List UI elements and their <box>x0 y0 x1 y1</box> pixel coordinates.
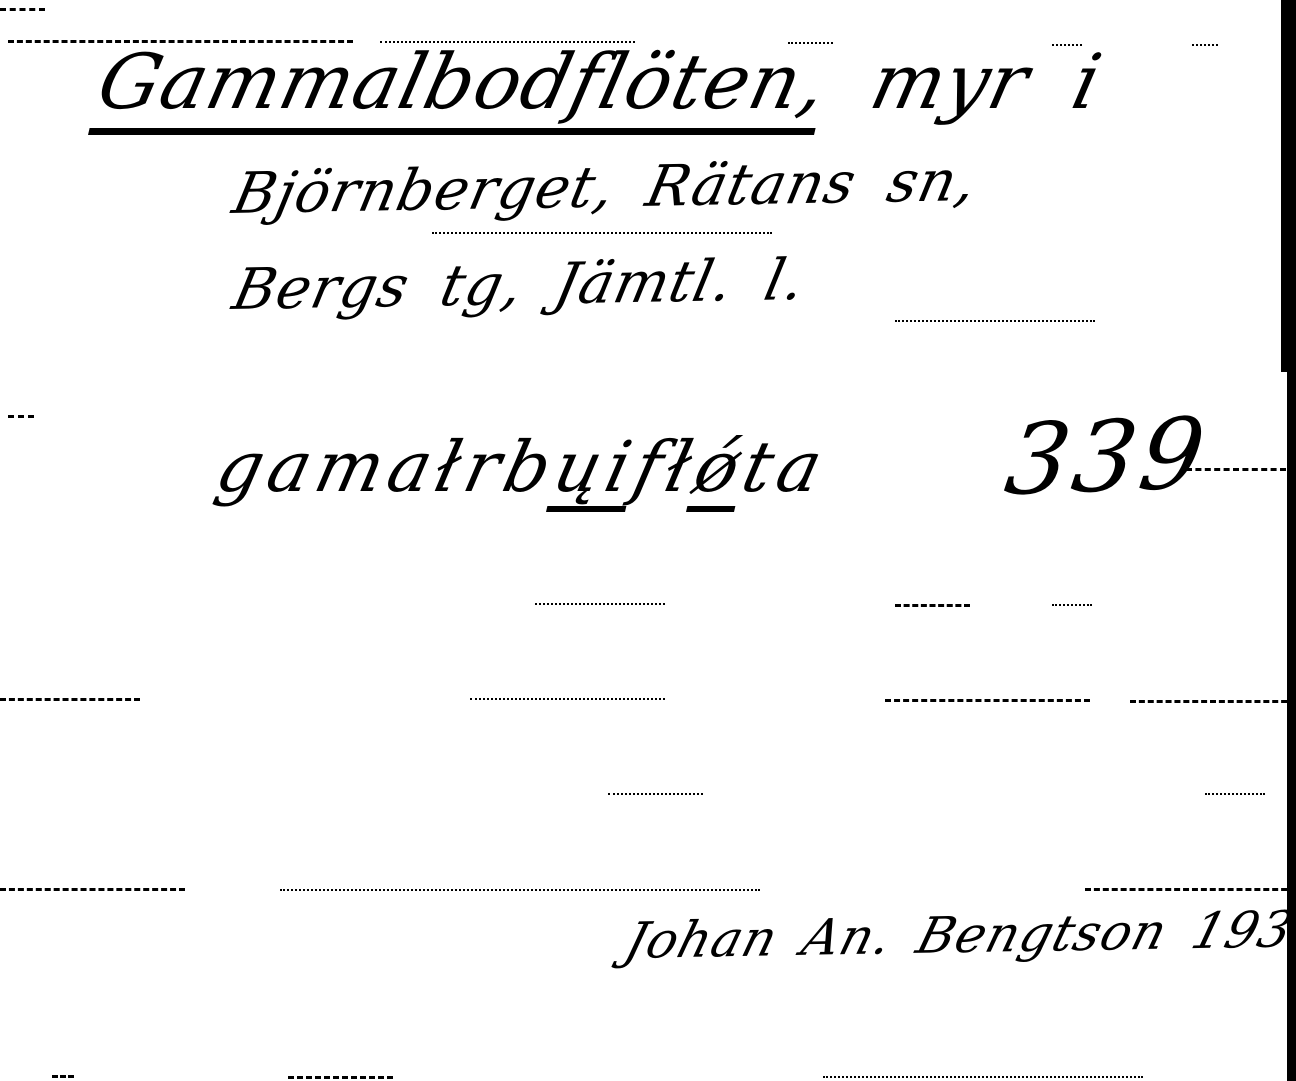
scan-noise-line <box>280 889 760 891</box>
scan-noise-line <box>895 604 970 607</box>
index-card: Gammalbodflöten, myr i Björnberget, Räta… <box>0 0 1296 1081</box>
location-line-2: Bergs tg, Jämtl. l. <box>228 252 810 319</box>
scan-noise-line <box>895 320 1095 322</box>
scan-noise-line <box>535 603 665 605</box>
scan-noise-line <box>0 698 140 701</box>
location-line-1: Björnberget, Rätans sn, <box>228 153 982 223</box>
scan-edge-bar-top <box>1281 0 1296 372</box>
scan-noise-line <box>1052 604 1092 606</box>
scan-noise-line <box>432 232 772 234</box>
scan-noise-line <box>1130 700 1296 703</box>
scan-noise-line <box>1205 793 1265 795</box>
phonetic-seg5: ta <box>735 426 836 508</box>
scan-noise-line <box>0 888 185 891</box>
heading-line: Gammalbodflöten, myr i <box>88 44 1109 135</box>
scan-noise-line <box>288 1076 393 1079</box>
phonetic-transcription: gamałrbųifłǿta <box>208 432 834 512</box>
scan-noise-line <box>608 793 703 795</box>
scan-noise-line <box>885 699 1090 702</box>
scan-noise-line <box>52 1075 74 1078</box>
phonetic-seg1: gamałrb <box>209 426 566 508</box>
archive-number: 339 <box>1000 405 1214 510</box>
scan-noise-line <box>1192 44 1218 46</box>
scan-noise-line <box>8 415 34 418</box>
scan-noise-line <box>1085 888 1296 891</box>
place-descriptor: myr i <box>863 37 1110 126</box>
signature: Johan An. Bengtson 1931. <box>620 904 1296 966</box>
place-name: Gammalbodflöten, <box>88 44 835 135</box>
scan-noise-line <box>0 8 45 11</box>
scan-noise-line <box>823 1076 1143 1078</box>
scan-noise-line <box>470 698 665 700</box>
